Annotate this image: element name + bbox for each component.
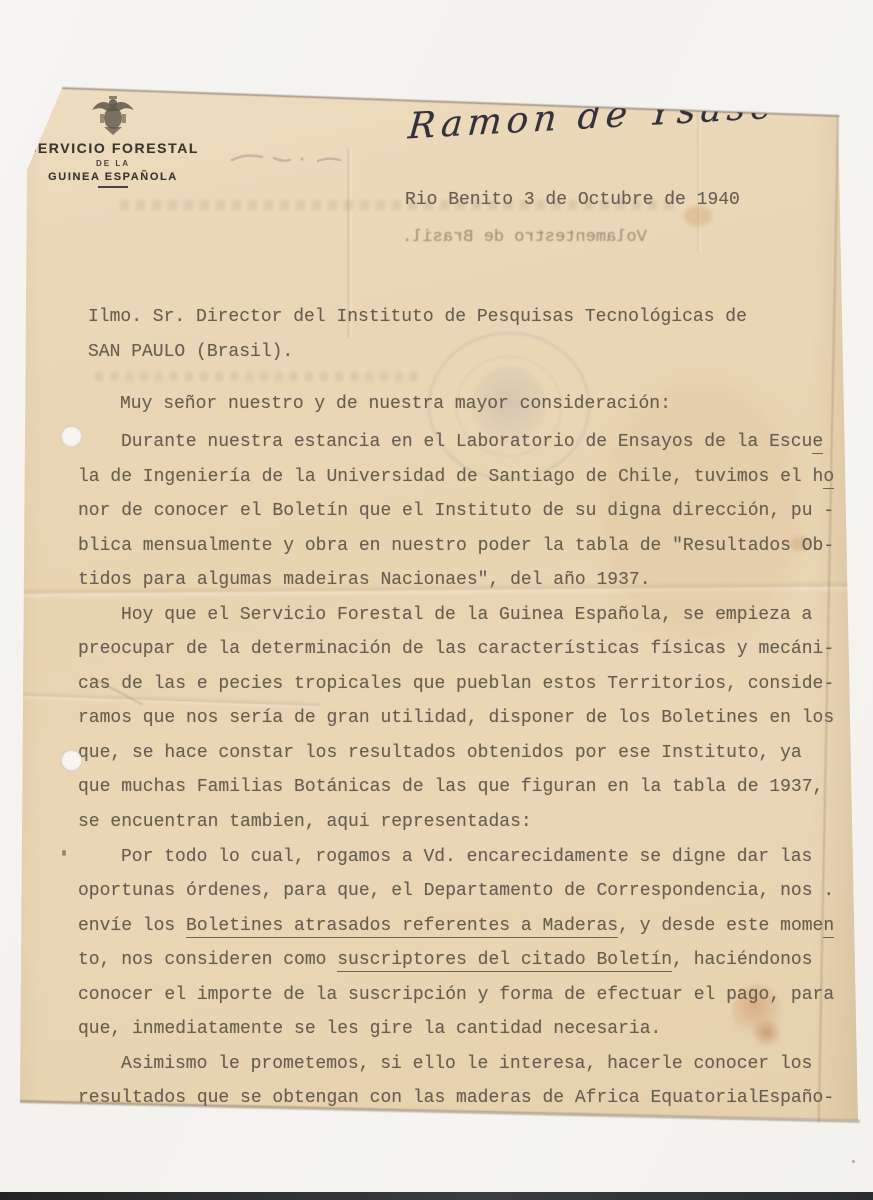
body-text: tidos para algumas madeiras Nacionaes", … [78, 570, 651, 590]
addressee-block: Ilmo. Sr. Director del Instituto de Pesq… [88, 300, 747, 370]
date-line: Rio Benito 3 de Octubre de 1940 [405, 190, 740, 210]
punch-hole [61, 750, 82, 771]
body-line: resultados que se obtengan con las mader… [78, 1081, 834, 1116]
body-line: que, se hace constar los resultados obte… [78, 736, 834, 771]
salutation: Muy señor nuestro y de nuestra mayor con… [120, 394, 671, 414]
letter-body: Durante nuestra estancia en el Laborator… [78, 425, 834, 1116]
body-line: la de Ingeniería de la Universidad de Sa… [78, 460, 834, 495]
letterhead-org-region: GUINEA ESPAÑOLA [22, 171, 204, 183]
body-text: que muchas Familias Botánicas de las que… [78, 777, 823, 797]
addressee-line-1: Ilmo. Sr. Director del Instituto de Pesq… [88, 300, 747, 335]
bleedthrough-text: Volamentestro de Brasil. [402, 228, 647, 247]
letterhead: SERVICIO FORESTAL DE LA GUINEA ESPAÑOLA [22, 94, 204, 188]
eagle-crest-icon [90, 94, 136, 136]
body-text: oportunas órdenes, para que, el Departam… [78, 881, 834, 901]
body-line: to, nos consideren como suscriptores del… [78, 943, 834, 978]
body-line: Por todo lo cual, rogamos a Vd. encareci… [78, 840, 834, 875]
body-text: envíe los [78, 916, 186, 936]
underlined-text: Boletines atrasados referentes a Maderas [186, 916, 618, 938]
body-text: nor de conocer el Boletín que el Institu… [78, 501, 834, 521]
letterhead-rule [98, 186, 128, 188]
body-line: envíe los Boletines atrasados referentes… [78, 909, 834, 944]
body-line: preocupar de la determinación de las car… [78, 632, 834, 667]
body-text: , y desde este mome [618, 916, 823, 936]
body-line: cas de las e pecies tropicales que puebl… [78, 667, 834, 702]
bleedthrough-smudge [95, 372, 425, 381]
body-line: oportunas órdenes, para que, el Departam… [78, 874, 834, 909]
body-line: blica mensualmente y obra en nuestro pod… [78, 529, 834, 564]
body-text: cas de las e pecies tropicales que puebl… [78, 674, 834, 694]
body-line: Hoy que el Servicio Forestal de la Guine… [78, 598, 834, 633]
body-text: se encuentran tambien, aqui representada… [78, 812, 532, 832]
body-text: resultados que se obtengan con las mader… [78, 1088, 834, 1108]
pencil-smudge [226, 146, 346, 168]
speck [846, 264, 849, 268]
letterhead-org-dela: DE LA [22, 159, 204, 168]
body-text: que, inmediatamente se les gire la canti… [78, 1019, 661, 1039]
underlined-text: o [823, 467, 834, 489]
addressee-line-2: SAN PAULO (Brasil). [88, 335, 747, 370]
underlined-text: n [823, 916, 834, 938]
body-line: que muchas Familias Botánicas de las que… [78, 770, 834, 805]
speck [852, 1160, 855, 1163]
body-text: Asimismo le prometemos, si ello le inter… [121, 1054, 812, 1074]
body-text: preocupar de la determinación de las car… [78, 639, 834, 659]
punch-hole [61, 426, 82, 447]
body-line: conocer el importe de la suscripción y f… [78, 978, 834, 1013]
body-text: Por todo lo cual, rogamos a Vd. encareci… [121, 847, 812, 867]
body-text: la de Ingeniería de la Universidad de Sa… [78, 467, 823, 487]
stain [626, 94, 634, 102]
speck [62, 850, 66, 856]
scanner-edge-strip [0, 1192, 873, 1200]
body-text: Hoy que el Servicio Forestal de la Guine… [121, 605, 812, 625]
body-line: Asimismo le prometemos, si ello le inter… [78, 1047, 834, 1082]
body-line: nor de conocer el Boletín que el Institu… [78, 494, 834, 529]
body-text: ramos que nos sería de gran utilidad, di… [78, 708, 834, 728]
body-text: conocer el importe de la suscripción y f… [78, 985, 834, 1005]
body-text: , haciéndonos [672, 950, 812, 970]
body-text: blica mensualmente y obra en nuestro pod… [78, 536, 834, 556]
letterhead-org-name: SERVICIO FORESTAL [22, 140, 204, 156]
body-text: que, se hace constar los resultados obte… [78, 743, 802, 763]
body-text: to, nos consideren como [78, 950, 337, 970]
underlined-text: suscriptores del citado Boletín [337, 950, 672, 972]
handwritten-signature: Ramon de Ysase [407, 86, 779, 148]
body-line: ramos que nos sería de gran utilidad, di… [78, 701, 834, 736]
body-line: Durante nuestra estancia en el Laborator… [78, 425, 834, 460]
body-line: se encuentran tambien, aqui representada… [78, 805, 834, 840]
scanned-letter-page: Volamentestro de Brasil. SERVICIO FOR [0, 0, 873, 1200]
body-line: tidos para algumas madeiras Nacionaes", … [78, 563, 834, 598]
letter-paper: Volamentestro de Brasil. SERVICIO FOR [0, 0, 873, 1200]
body-text: Durante nuestra estancia en el Laborator… [121, 432, 812, 452]
underlined-text: e [812, 432, 823, 454]
body-line: que, inmediatamente se les gire la canti… [78, 1012, 834, 1047]
